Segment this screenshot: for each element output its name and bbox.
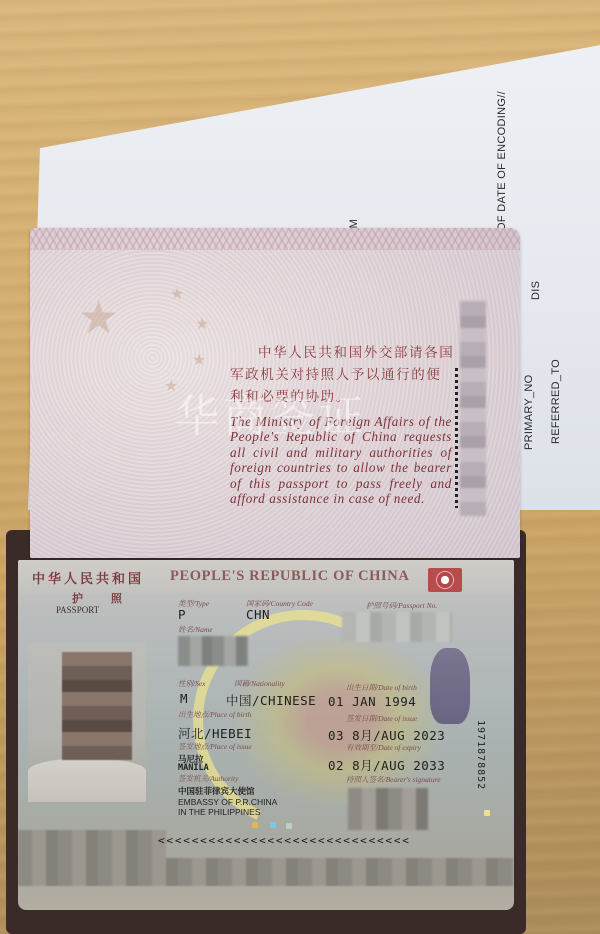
machine-readable-zone: <<<<<<<<<<<<<<<<<<<<<<<<<<<<<<: [18, 830, 514, 890]
redacted-signature: [348, 788, 428, 830]
redacted-page-number: [460, 300, 486, 516]
pixelated-face: [62, 652, 132, 760]
nationality-label: 国籍/Nationality: [234, 678, 285, 689]
place-of-birth-value: 河北/HEBEI: [178, 724, 252, 742]
date-of-issue-label: 签发日期/Date of issue: [346, 713, 417, 724]
date-of-expiry-value: 02 8月/AUG 2033: [328, 756, 445, 774]
redacted-mrz-line1: [18, 830, 166, 860]
serial-number: 1971878852: [475, 720, 486, 790]
date-of-birth-value: 01 JAN 1994: [328, 694, 416, 709]
chip-emblem-icon: [428, 568, 462, 592]
doc-text-date-encoding: S OF DATE OF ENCODING//: [496, 91, 508, 242]
date-of-birth-label: 出生日期/Date of birth: [346, 682, 417, 693]
small-star-icon: ★: [192, 352, 206, 368]
bearer-photo: [28, 642, 146, 802]
hologram-sparkle: [270, 822, 276, 828]
country-name-english: PEOPLE'S REPUBLIC OF CHINA: [170, 568, 409, 585]
doc-text-referred-to: REFERRED_TO: [550, 359, 562, 444]
mrz-line-1: <<<<<<<<<<<<<<<<<<<<<<<<<<<<<<: [158, 834, 411, 847]
place-of-issue-value-en: MANILA: [178, 763, 209, 773]
perforation-dots: [455, 368, 458, 508]
authority-value-en-2: IN THE PHILIPPINES: [178, 807, 261, 817]
passport-label-english: PASSPORT: [56, 605, 99, 615]
country-name-chinese: 中华人民共和国: [32, 568, 144, 587]
place-of-birth-label: 出生地点/Place of birth: [178, 709, 251, 720]
sex-value: M: [180, 691, 188, 706]
doc-text-primary-no: PRIMARY_NO: [523, 374, 535, 450]
country-code-value: CHN: [246, 607, 270, 622]
watermark-text: 华商签证: [175, 380, 367, 444]
photo-shoulders: [28, 758, 146, 802]
sex-label: 性别/Sex: [178, 678, 206, 689]
authority-value-cn: 中国驻菲律宾大使馆: [178, 786, 255, 796]
signature-label: 持照人签名/Bearer's signature: [346, 774, 441, 785]
hologram-sparkle: [252, 822, 258, 828]
small-star-icon: ★: [195, 316, 209, 332]
passport-no-label: 护照号码/Passport No.: [366, 600, 437, 611]
redacted-mrz-line2: [18, 858, 514, 886]
hologram-sparkle: [286, 823, 292, 829]
endorsement-page: ★ ★ ★ ★ ★ 中华人民共和国外交部请各国军政机关对持照人予以通行的便利和必…: [30, 228, 520, 558]
ghost-image: [430, 648, 470, 724]
authority-label: 签发机关/Authority: [178, 773, 238, 784]
redacted-name: [178, 636, 248, 666]
guilloche-band: [30, 228, 520, 250]
small-star-icon: ★: [170, 286, 184, 302]
hologram-sparkle: [484, 810, 490, 816]
name-label: 姓名/Name: [178, 624, 213, 635]
passport-label-chinese: 护 照: [72, 590, 134, 606]
type-value: P: [178, 607, 186, 622]
doc-text-dis: DIS: [530, 281, 542, 300]
date-of-expiry-label: 有效期至/Date of expiry: [346, 742, 421, 753]
nationality-value: 中国/CHINESE: [226, 691, 316, 709]
authority-value-en-1: EMBASSY OF P.R.CHINA: [178, 797, 277, 807]
redacted-passport-no: [342, 612, 452, 642]
large-star-icon: ★: [78, 294, 119, 340]
place-of-issue-label: 签发地点/Place of issue: [178, 741, 252, 752]
passport-data-page: 中华人民共和国 PEOPLE'S REPUBLIC OF CHINA 护 照 P…: [18, 560, 514, 910]
